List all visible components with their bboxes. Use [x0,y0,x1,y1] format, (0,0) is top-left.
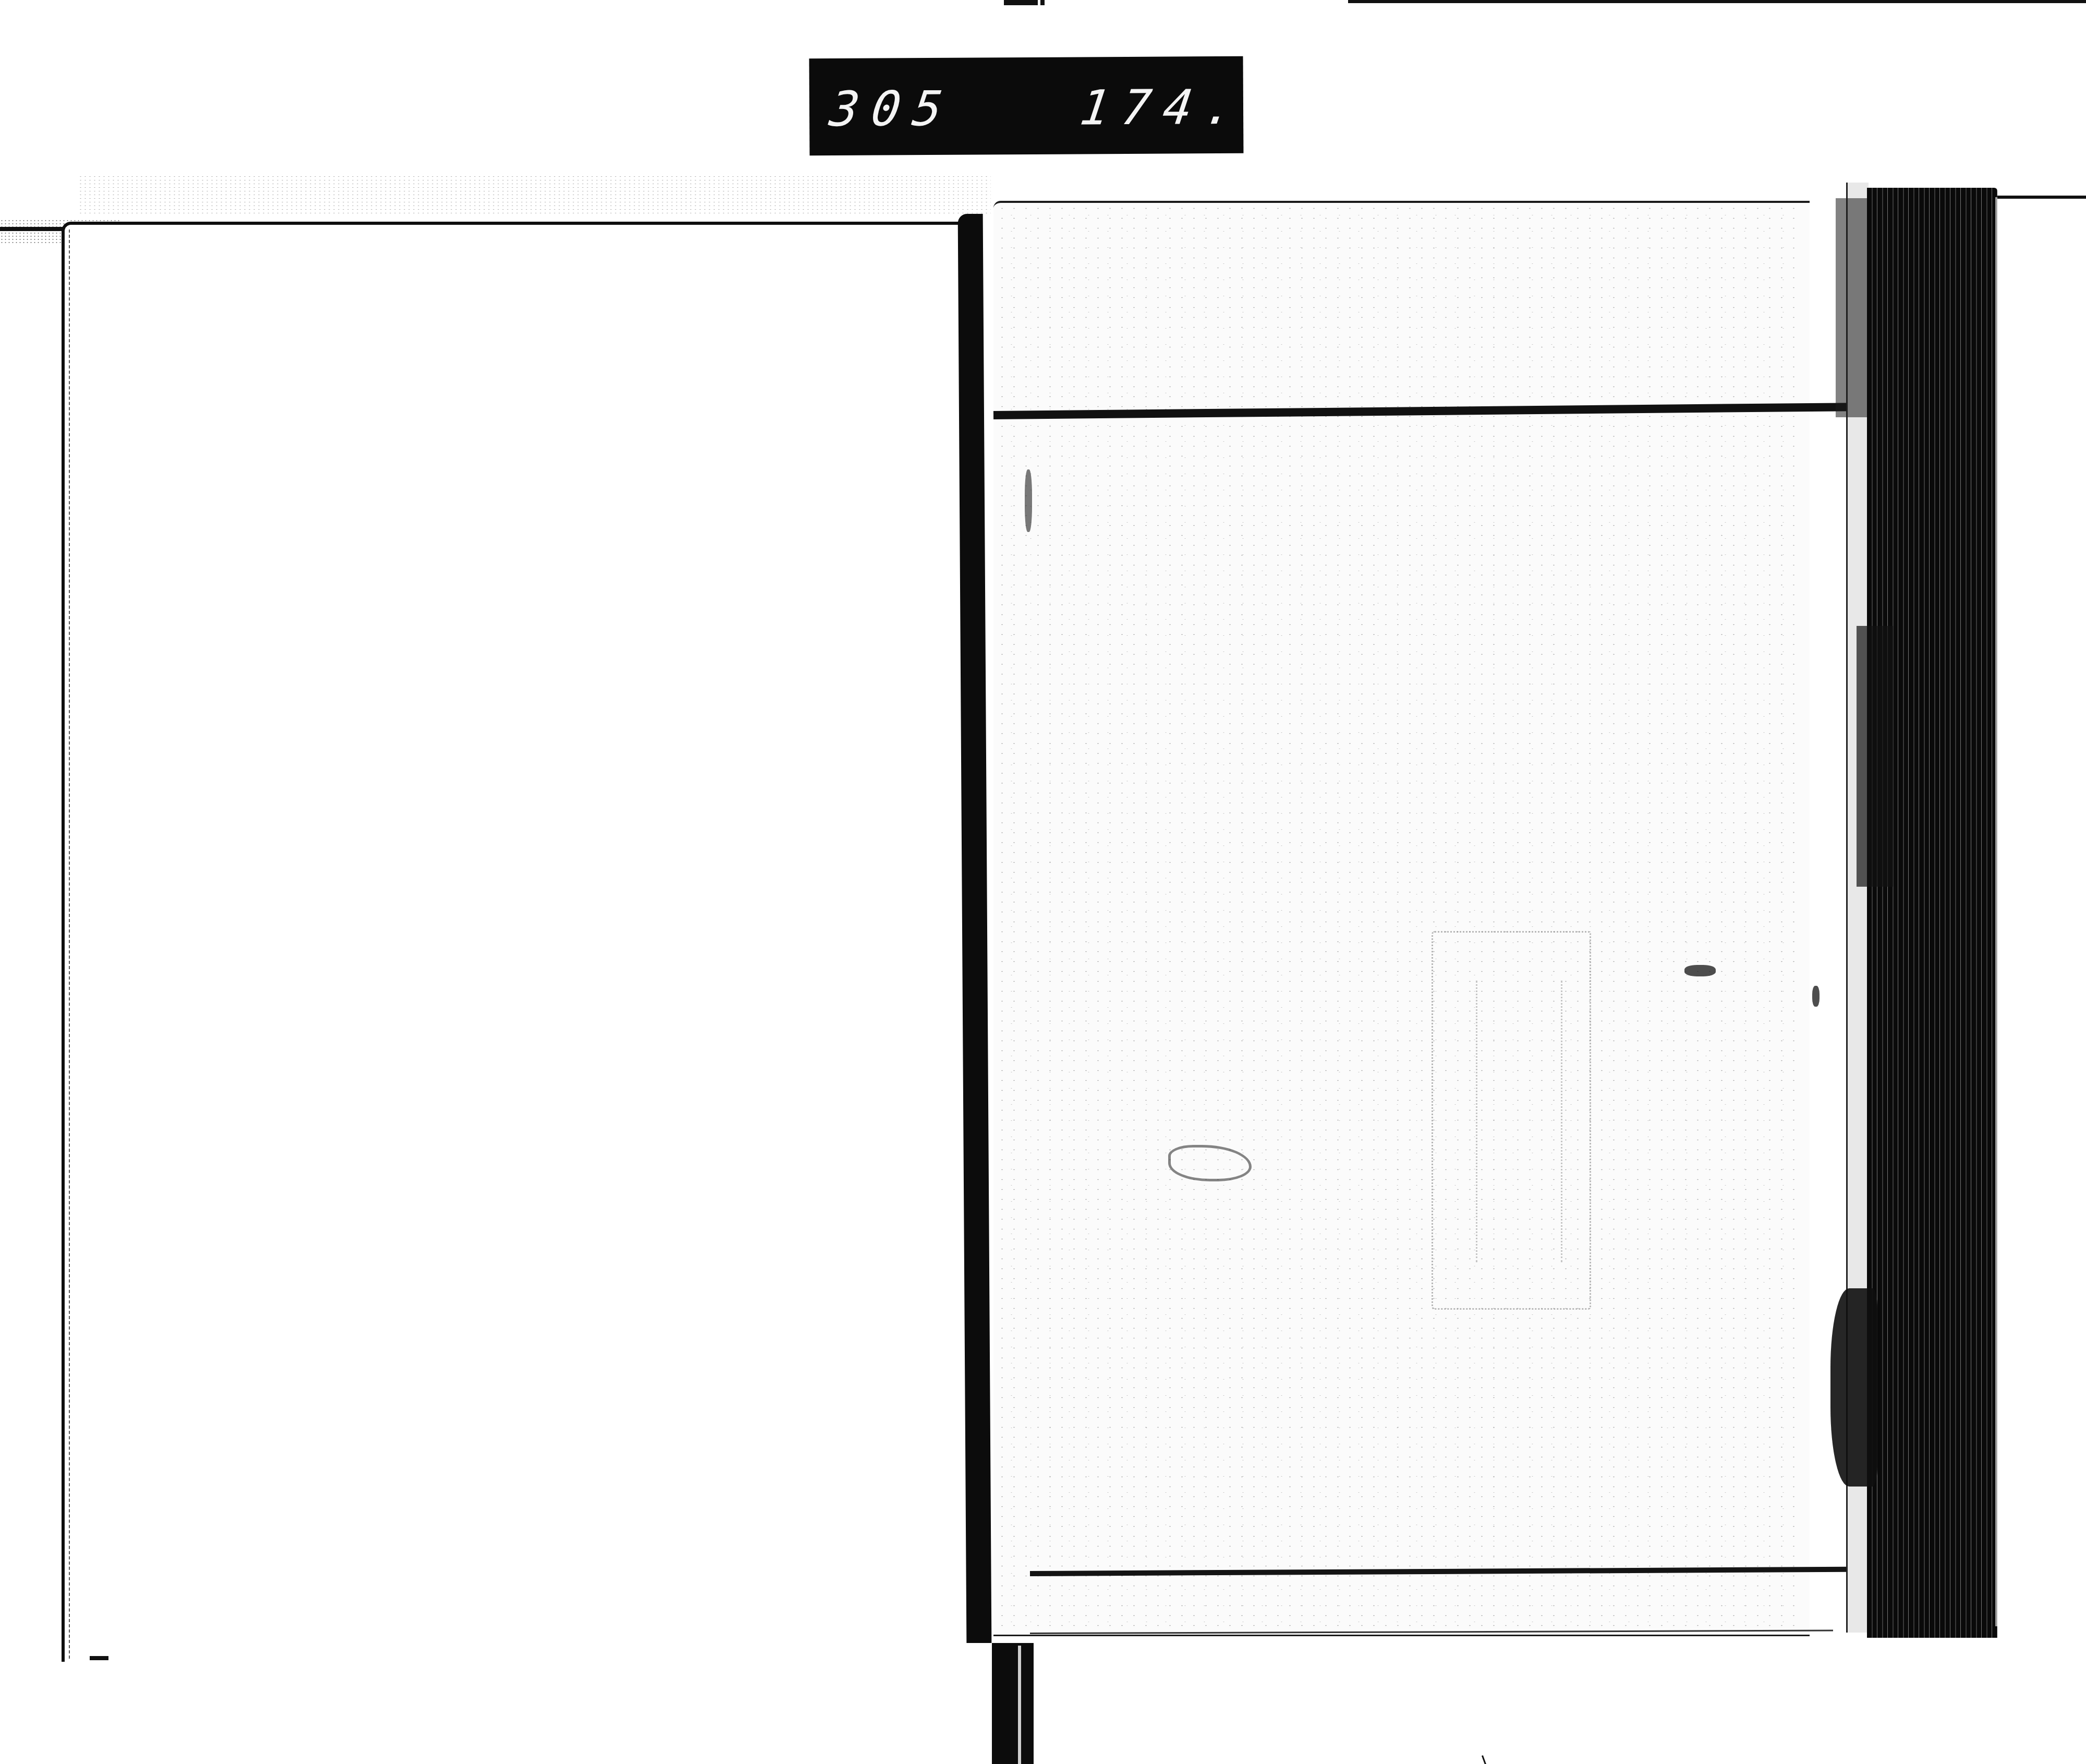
page-block-highlight [1995,197,1999,1626]
edge-smudge [1830,1288,1877,1487]
faint-stamp-inner-border [1476,981,1562,1262]
book-spine-bottom [992,1643,1034,1764]
scan-artifact-top-line [1348,0,2086,3]
scan-artifact-top-left [1004,0,1038,5]
edge-smudge [1836,198,1867,417]
ink-stain [1025,469,1032,532]
book-spine-highlight [1018,1646,1021,1764]
ink-stain [1812,986,1820,1007]
edge-smudge [1857,626,1893,887]
scan-artifact-top-left-2 [1040,0,1045,5]
scan-artifact-right-line [1997,196,2086,199]
frame-label-right-number: 174. [1077,79,1250,136]
left-page-corner-mark [90,1656,108,1660]
scan-artifact-mark [1482,1755,1487,1764]
frame-number-label: 305 174. [809,56,1244,155]
ink-stain [1684,965,1716,976]
left-page-inner-edge [69,229,71,1659]
frame-label-left-number: 305 [827,81,959,137]
background-noise [78,175,991,216]
left-page [62,222,972,1662]
page-block-fore-edge [1867,188,1997,1638]
